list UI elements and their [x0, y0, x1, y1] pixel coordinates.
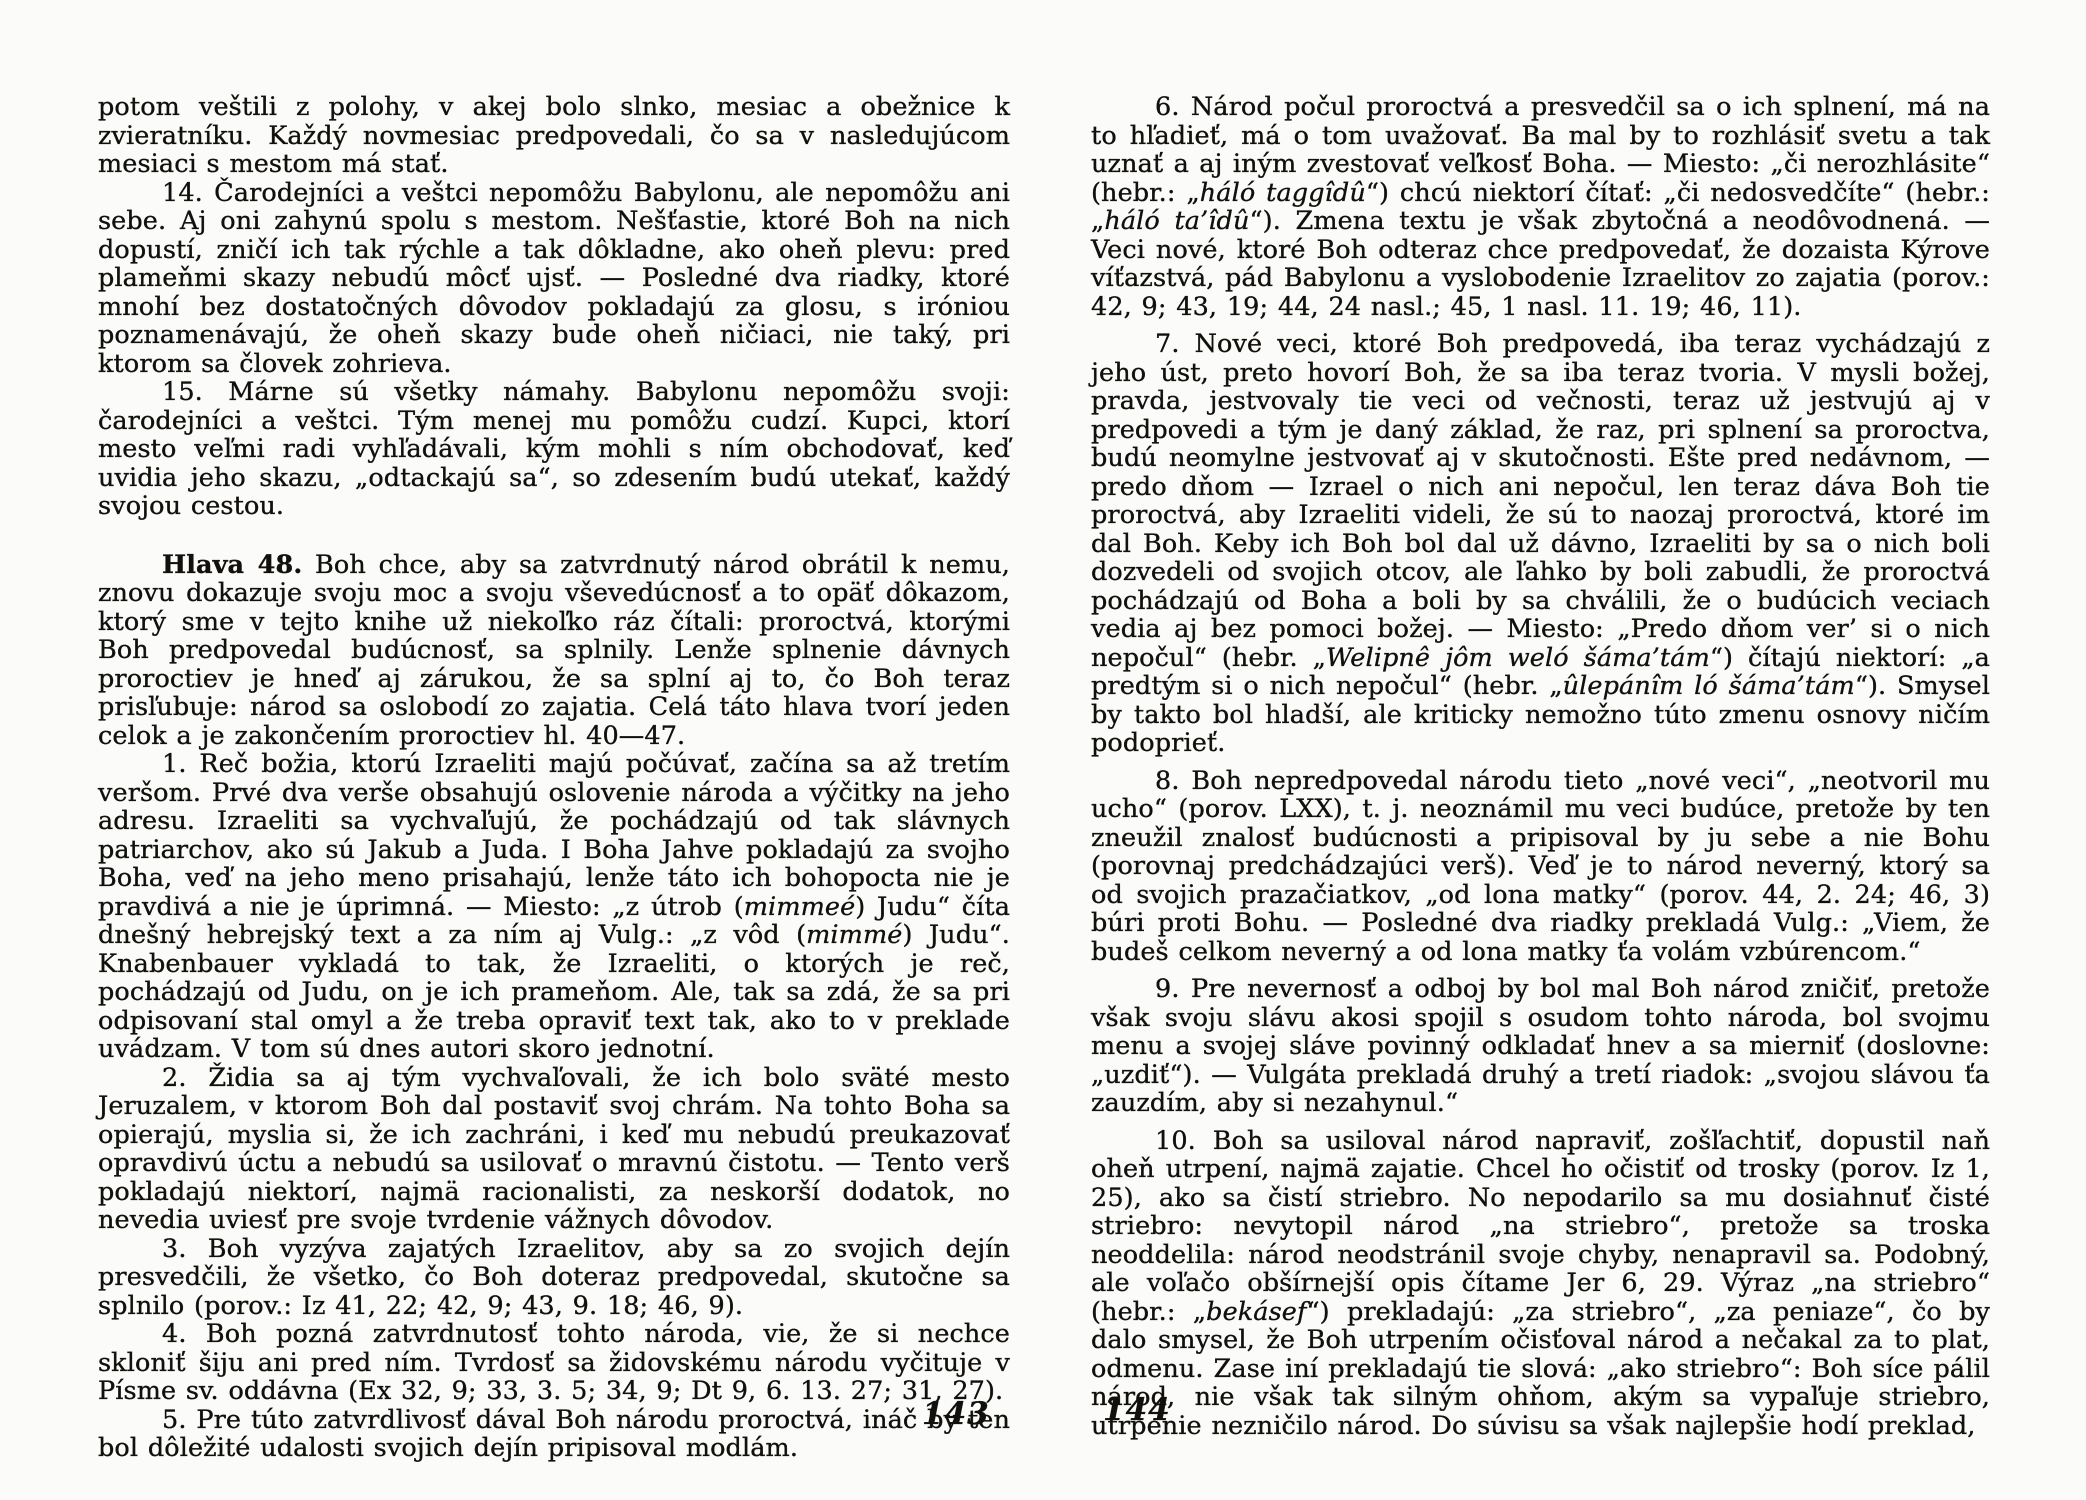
text-segment: Boh chce, aby sa zatvrdnutý národ obráti… — [98, 550, 1010, 751]
paragraph: 15. Márne sú všetky námahy. Babylonu nep… — [98, 378, 1010, 521]
text-segment: 15. Márne sú všetky námahy. Babylonu nep… — [98, 377, 1010, 521]
transliteration-term: ûlepánîm ló šáma’tám — [1563, 671, 1855, 701]
paragraph: 9. Pre nevernosť a odboj by bol mal Boh … — [1091, 975, 1990, 1118]
transliteration-term: bekásef — [1206, 1297, 1306, 1327]
paragraph: 1. Reč božia, ktorú Izraeliti majú počúv… — [98, 750, 1010, 1064]
page-left-column: potom veštili z polohy, v akej bolo slnk… — [98, 93, 1010, 1463]
paragraph: 8. Boh nepredpovedal národu tieto „nové … — [1091, 767, 1990, 967]
paragraph: 6. Národ počul proroctvá a presvedčil sa… — [1091, 93, 1990, 321]
text-segment: potom veštili z polohy, v akej bolo slnk… — [98, 92, 1010, 179]
text-segment: 4. Boh pozná zatvrdnutosť tohto národa, … — [98, 1319, 1010, 1406]
page-number-right: 144 — [1103, 1392, 1171, 1428]
text-segment: 3. Boh vyzýva zajatých Izraelitov, aby s… — [98, 1234, 1010, 1321]
transliteration-term: háló ta’îdû — [1104, 206, 1249, 236]
scanned-book-spread: { "document": { "kind": "scanned-book-sp… — [0, 0, 2086, 1500]
chapter-lead: Hlava 48. — [162, 550, 302, 580]
transliteration-term: mimmeé — [744, 892, 855, 922]
transliteration-term: Welipnê jôm weló šáma’tám — [1326, 643, 1710, 673]
paragraph: 7. Nové veci, ktoré Boh predpovedá, iba … — [1091, 330, 1990, 758]
paragraph: potom veštili z polohy, v akej bolo slnk… — [98, 93, 1010, 179]
paragraph: 14. Čarodejníci a veštci nepomôžu Babylo… — [98, 179, 1010, 379]
paragraph: 4. Boh pozná zatvrdnutosť tohto národa, … — [98, 1320, 1010, 1406]
transliteration-term: háló taggîdû — [1200, 178, 1366, 208]
paragraph: 10. Boh sa usiloval národ napraviť, zošľ… — [1091, 1127, 1990, 1441]
text-segment: 9. Pre nevernosť a odboj by bol mal Boh … — [1091, 974, 1990, 1118]
page-number-left: 143 — [922, 1396, 990, 1432]
text-segment: 14. Čarodejníci a veštci nepomôžu Babylo… — [98, 178, 1010, 379]
text-segment: 8. Boh nepredpovedal národu tieto „nové … — [1091, 766, 1990, 967]
paragraph: 5. Pre túto zatvrdlivosť dával Boh národ… — [98, 1406, 1010, 1463]
paragraph: 2. Židia sa aj tým vychvaľovali, že ich … — [98, 1064, 1010, 1235]
page-right-column: 6. Národ počul proroctvá a presvedčil sa… — [1091, 93, 1990, 1440]
text-segment: 5. Pre túto zatvrdlivosť dával Boh národ… — [98, 1405, 1010, 1464]
text-segment: 2. Židia sa aj tým vychvaľovali, že ich … — [98, 1063, 1010, 1236]
paragraph: 3. Boh vyzýva zajatých Izraelitov, aby s… — [98, 1235, 1010, 1321]
text-segment: 7. Nové veci, ktoré Boh predpovedá, iba … — [1091, 329, 1990, 673]
transliteration-term: mimmé — [806, 920, 902, 950]
paragraph: Hlava 48. Boh chce, aby sa zatvrdnutý ná… — [98, 551, 1010, 751]
